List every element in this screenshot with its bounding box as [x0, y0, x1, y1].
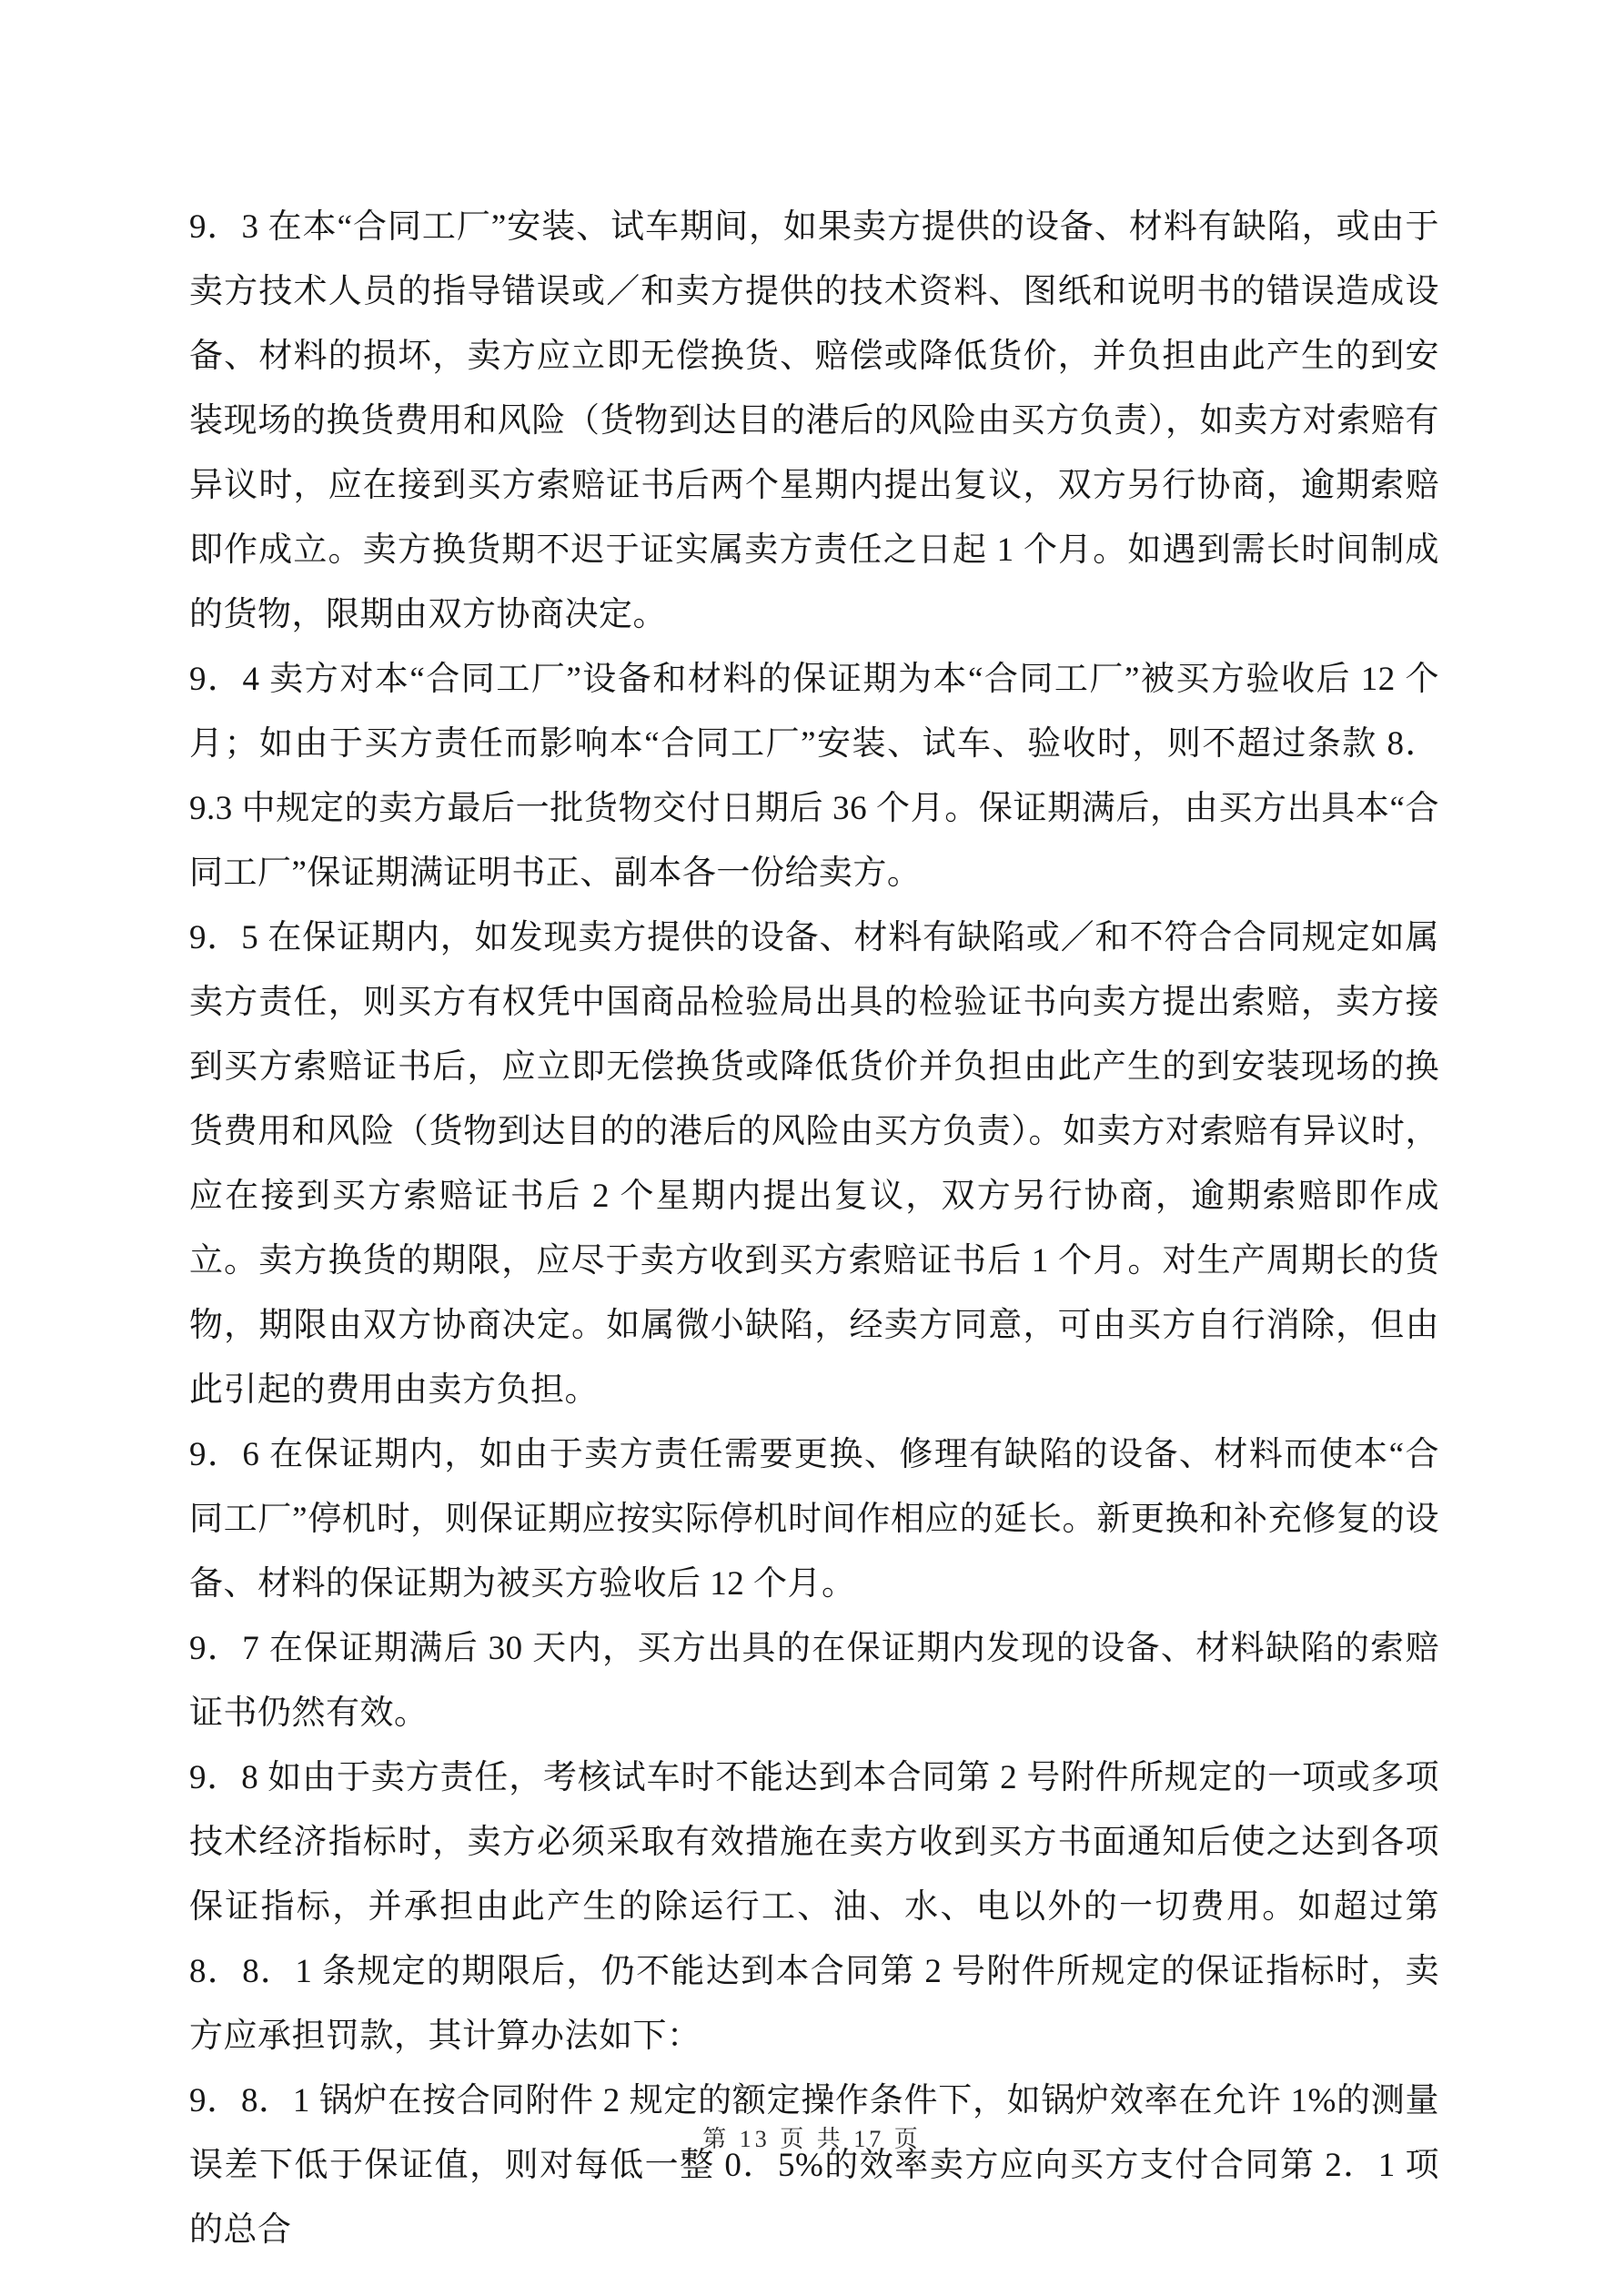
document-body: 9．3 在本“合同工厂”安装、试车期间，如果卖方提供的设备、材料有缺陷，或由于卖… — [189, 195, 1439, 2262]
clause-9-3: 9．3 在本“合同工厂”安装、试车期间，如果卖方提供的设备、材料有缺陷，或由于卖… — [189, 195, 1439, 647]
clause-9-6: 9．6 在保证期内，如由于卖方责任需要更换、修理有缺陷的设备、材料而使本“合同工… — [189, 1422, 1439, 1616]
clause-9-7: 9．7 在保证期满后 30 天内，买方出具的在保证期内发现的设备、材料缺陷的索赔… — [189, 1616, 1439, 1745]
clause-9-8: 9．8 如由于卖方责任，考核试车时不能达到本合同第 2 号附件所规定的一项或多项… — [189, 1745, 1439, 2068]
page-number-footer: 第 13 页 共 17 页 — [0, 2120, 1624, 2154]
clause-9-4: 9．4 卖方对本“合同工厂”设备和材料的保证期为本“合同工厂”被买方验收后 12… — [189, 647, 1439, 905]
contract-page: 9．3 在本“合同工厂”安装、试车期间，如果卖方提供的设备、材料有缺陷，或由于卖… — [0, 0, 1624, 2296]
clause-9-5: 9．5 在保证期内，如发现卖方提供的设备、材料有缺陷或／和不符合合同规定如属卖方… — [189, 905, 1439, 1422]
clause-9-8-1: 9．8．1 锅炉在按合同附件 2 规定的额定操作条件下，如锅炉效率在允许 1%的… — [189, 2068, 1439, 2262]
